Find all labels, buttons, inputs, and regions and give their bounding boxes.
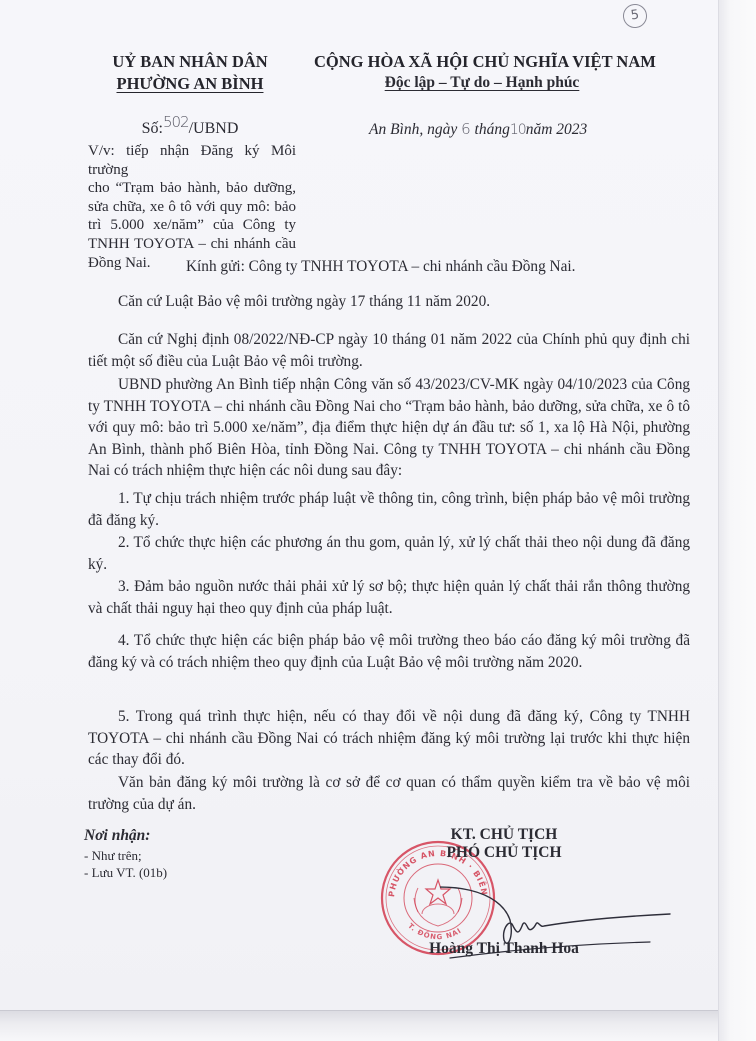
subject-line: V/v: tiếp nhận Đăng ký Môi trường (88, 142, 296, 179)
subject-line: sửa chữa, xe ô tô với quy mô: bảo (88, 198, 296, 217)
subject-line: TNHH TOYOTA – chi nhánh cầu (88, 235, 296, 254)
date-month: 10 (510, 122, 526, 138)
national-motto-text: Độc lập – Tự do – Hạnh phúc (385, 74, 580, 91)
body-paragraph-receipt: UBND phường An Bình tiếp nhận Công văn s… (88, 374, 690, 482)
scan-bottom-edge (0, 1010, 718, 1041)
signatory-name: Hoàng Thị Thanh Hoa (404, 940, 604, 958)
recipient-line: Kính gửi: Công ty TNHH TOYOTA – chi nhán… (186, 258, 575, 276)
date-month-label: tháng (471, 121, 510, 138)
issuing-ward-text: PHƯỜNG AN BÌNH (117, 74, 264, 93)
doc-number-suffix: /UBND (189, 120, 239, 137)
scan-right-edge (718, 0, 756, 1041)
document-number: Số:502/UBND (88, 119, 292, 138)
recipients-item: - Như trên; (84, 848, 142, 864)
body-item-5: 5. Trong quá trình thực hiện, nếu có tha… (88, 706, 690, 771)
national-title: CỘNG HÒA XÃ HỘI CHỦ NGHĨA VIỆT NAM (314, 52, 650, 72)
signature-title-1: KT. CHỦ TỊCH (404, 826, 604, 844)
subject-line: cho “Trạm bảo hành, bảo dưỡng, (88, 179, 296, 198)
body-item-2: 2. Tổ chức thực hiện các phương án thu g… (88, 532, 690, 575)
signature-title-2: PHÓ CHỦ TỊCH (404, 844, 604, 862)
body-closing: Văn bản đăng ký môi trường là cơ sở để c… (88, 772, 690, 815)
body-paragraph-legal-basis-2: Căn cứ Nghị định 08/2022/NĐ-CP ngày 10 t… (88, 329, 690, 372)
doc-number-prefix: Số: (142, 120, 163, 137)
subject-line: trì 5.000 xe/năm” của Công ty (88, 216, 296, 235)
recipients-title: Nơi nhận: (84, 827, 150, 845)
recipients-item: - Lưu VT. (01b) (84, 865, 167, 881)
document-date: An Bình, ngày 6 tháng10năm 2023 (369, 120, 587, 139)
date-year: năm 2023 (526, 121, 588, 138)
body-item-4: 4. Tổ chức thực hiện các biện pháp bảo v… (88, 630, 690, 673)
issuing-ward: PHƯỜNG AN BÌNH (88, 74, 292, 94)
national-motto: Độc lập – Tự do – Hạnh phúc (314, 74, 650, 92)
doc-number-handwritten: 502 (163, 113, 189, 131)
body-paragraph-legal-basis-1: Căn cứ Luật Bảo vệ môi trường ngày 17 th… (88, 291, 690, 313)
subject-block: V/v: tiếp nhận Đăng ký Môi trường cho “T… (88, 142, 296, 272)
date-day: 6 (461, 120, 471, 138)
body-item-3: 3. Đảm bảo nguồn nước thải phải xử lý sơ… (88, 576, 690, 619)
issuing-authority: UỶ BAN NHÂN DÂN (88, 52, 292, 72)
date-prefix: An Bình, ngày (369, 121, 461, 138)
body-item-1: 1. Tự chịu trách nhiệm trước pháp luật v… (88, 488, 690, 531)
